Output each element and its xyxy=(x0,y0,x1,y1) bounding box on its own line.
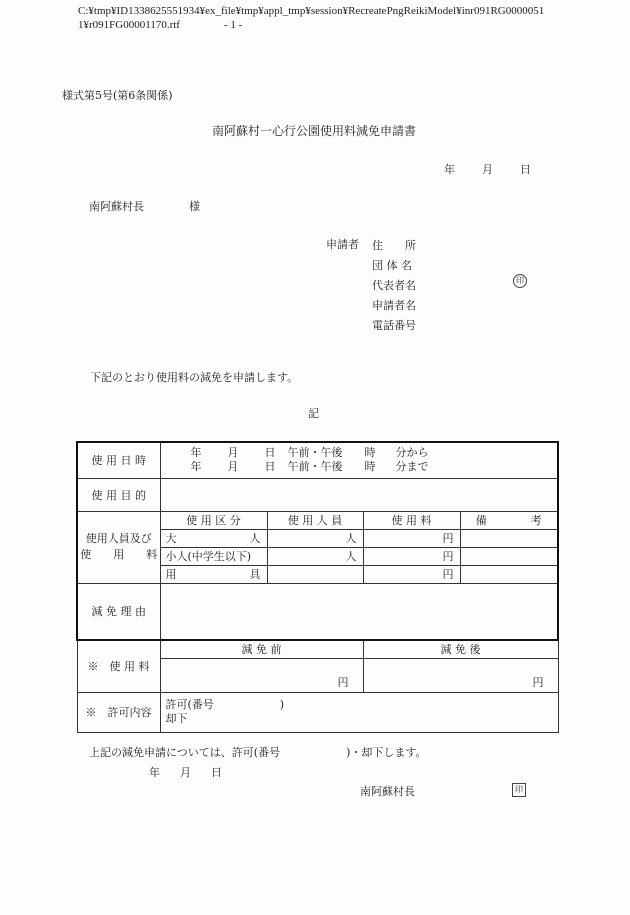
ki-heading: 記 xyxy=(308,405,319,421)
fee-count-child[interactable]: 人 xyxy=(267,547,363,565)
before-reduction-header: 減 免 前 xyxy=(160,640,363,658)
office-fee-label: ※ 使 用 料 xyxy=(77,640,160,692)
fee-category-adult: 大人 xyxy=(160,529,267,547)
reason-label: 減 免 理 由 xyxy=(77,583,160,640)
fee-header-count: 使 用 人 員 xyxy=(267,511,363,529)
fee-header-fee: 使 用 料 xyxy=(363,511,460,529)
date-day: 日 xyxy=(520,163,531,176)
addressee-name: 南阿蘇村長 xyxy=(89,200,144,213)
after-reduction-amount[interactable]: 円 xyxy=(363,658,558,692)
applicant-field-applicant: 申請者名 xyxy=(372,296,416,316)
purpose-label: 使 用 目 的 xyxy=(77,478,160,511)
seal-square-icon: 印 xyxy=(512,782,526,797)
seal-circle-icon: 印 xyxy=(513,273,527,288)
reason-field[interactable] xyxy=(160,583,558,640)
fee-amount-adult[interactable]: 円 xyxy=(363,529,460,547)
applicant-field-address: 住 所 xyxy=(372,236,416,256)
after-reduction-header: 減 免 後 xyxy=(363,640,558,658)
applicant-label: 申請者 xyxy=(326,236,359,252)
fee-remarks-adult[interactable] xyxy=(460,529,558,547)
fee-category-child: 小人(中学生以下) xyxy=(160,547,267,565)
usage-datetime-to: 年月日午前・午後時分まで xyxy=(191,460,558,474)
date-year: 年 xyxy=(444,163,455,176)
fee-remarks-child[interactable] xyxy=(460,547,558,565)
fee-amount-equipment[interactable]: 円 xyxy=(363,565,460,583)
usage-datetime-field[interactable]: 年月日午前・午後時分から 年月日午前・午後時分まで xyxy=(160,442,558,478)
fee-header-category: 使 用 区 分 xyxy=(160,511,267,529)
file-path-line1: C:¥tmp¥ID1338625551934¥ex_file¥tmp¥appl_… xyxy=(78,4,544,18)
fee-remarks-equipment[interactable] xyxy=(460,565,558,583)
page-number: - 1 - xyxy=(224,19,242,31)
fee-count-adult[interactable]: 人 xyxy=(267,529,363,547)
addressee: 南阿蘇村長 様 xyxy=(89,198,200,214)
applicant-field-group: 団 体 名 xyxy=(372,256,416,276)
application-table: 使 用 日 時 年月日午前・午後時分から 年月日午前・午後時分まで 使 用 目 … xyxy=(76,441,559,733)
form-number: 様式第5号(第6条関係) xyxy=(62,87,173,103)
fee-count-equipment[interactable] xyxy=(267,565,363,583)
applicant-fields: 住 所 団 体 名 代表者名 申請者名 電話番号 xyxy=(372,236,416,336)
before-reduction-amount[interactable]: 円 xyxy=(160,658,363,692)
signer: 南阿蘇村長 xyxy=(360,783,415,799)
date-month: 月 xyxy=(482,163,493,176)
file-path-line2: 1¥r091FG00001170.rtf- 1 - xyxy=(78,18,544,32)
date-line: 年 月 日 xyxy=(444,161,531,177)
permit-option-approve: 許可(番号 ) xyxy=(166,698,558,712)
usage-datetime-label: 使 用 日 時 xyxy=(77,442,160,478)
intro-text: 下記のとおり使用料の減免を申請します。 xyxy=(90,369,298,385)
file-path-header: C:¥tmp¥ID1338625551934¥ex_file¥tmp¥appl_… xyxy=(78,4,544,32)
decision-text: 上記の減免申請については、許可(番号 )・却下します。 xyxy=(89,744,426,760)
permit-option-reject: 却下 xyxy=(166,712,558,726)
fee-header-remarks: 備 考 xyxy=(460,511,558,529)
fee-amount-child[interactable]: 円 xyxy=(363,547,460,565)
fee-label: 使用人員及び 使 用 料 xyxy=(77,511,160,583)
document-title: 南阿蘇村一心行公園使用料減免申請書 xyxy=(212,122,416,139)
applicant-field-representative: 代表者名 xyxy=(372,276,416,296)
applicant-field-phone: 電話番号 xyxy=(372,316,416,336)
usage-datetime-from: 年月日午前・午後時分から xyxy=(191,446,558,460)
decision-date: 年月日 xyxy=(149,764,222,780)
purpose-field[interactable] xyxy=(160,478,558,511)
permit-label: ※ 許可内容 xyxy=(77,692,160,732)
fee-category-equipment: 用具 xyxy=(160,565,267,583)
addressee-honorific: 様 xyxy=(189,200,200,213)
permit-field[interactable]: 許可(番号 ) 却下 xyxy=(160,692,558,732)
